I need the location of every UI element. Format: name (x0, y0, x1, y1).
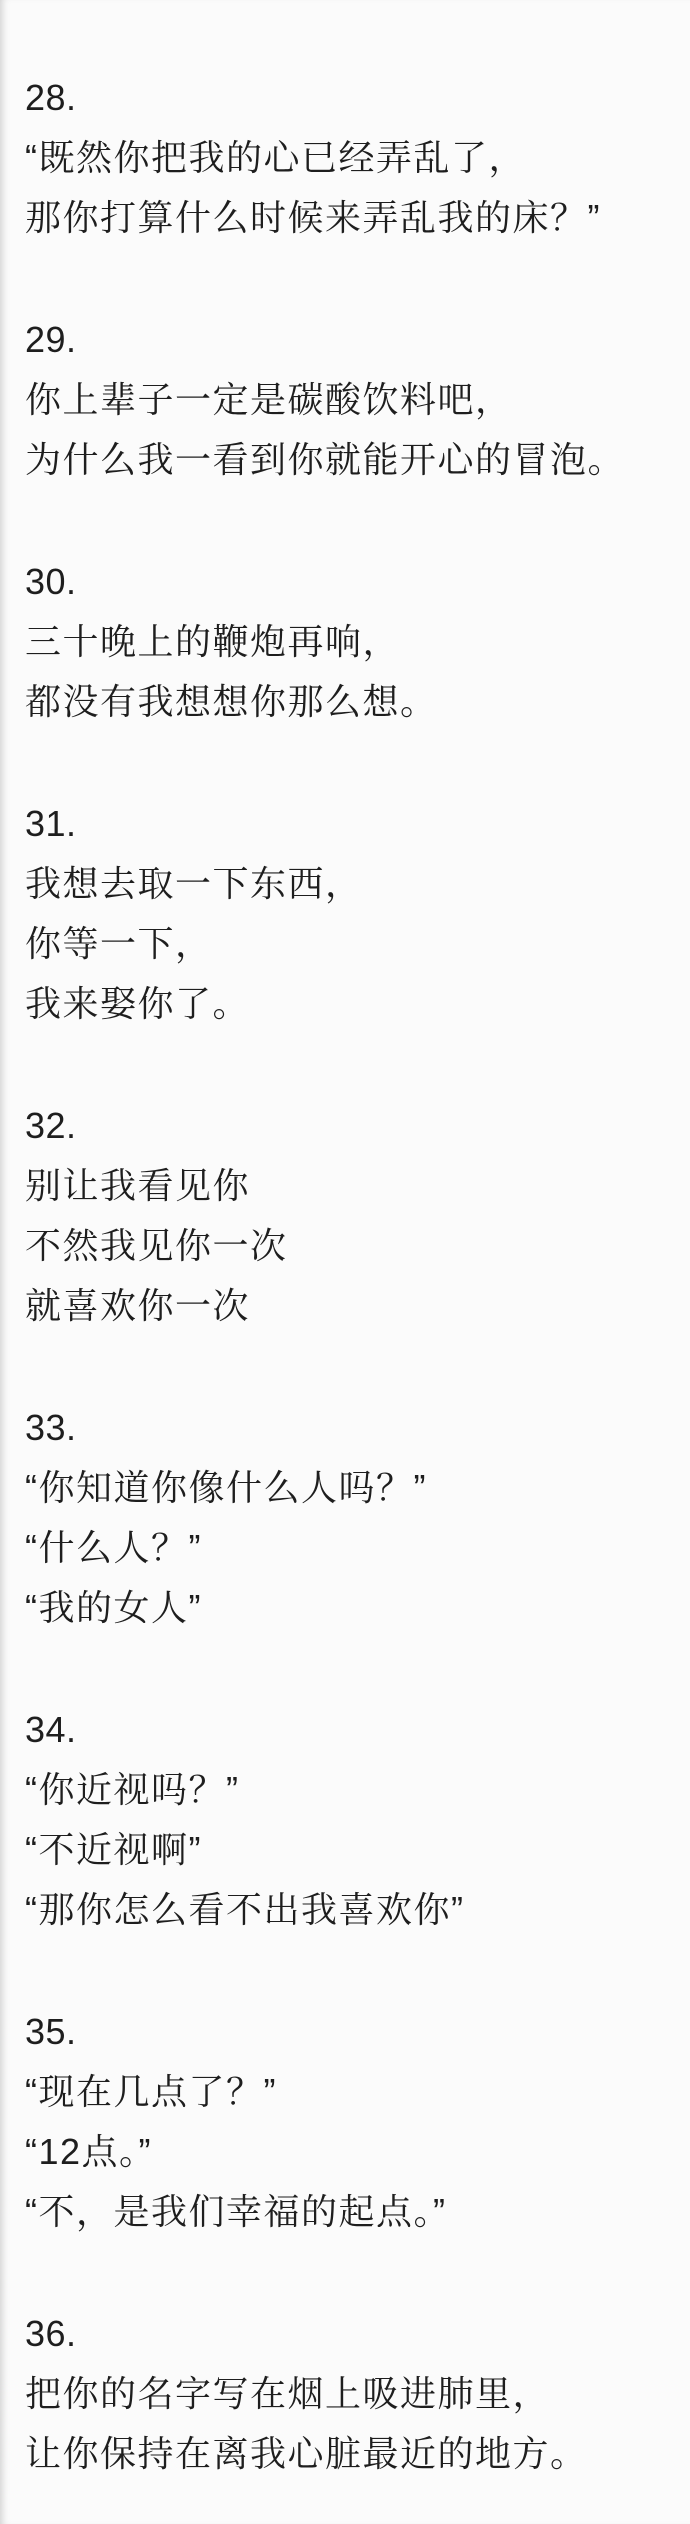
item-number: 35. (25, 2002, 672, 2062)
quote-line: 让你保持在离我心脏最近的地方。 (25, 2424, 672, 2484)
quote-line: “什么人？” (25, 1518, 672, 1578)
quote-line: 为什么我一看到你就能开心的冒泡。 (25, 430, 672, 490)
quote-line: 都没有我想想你那么想。 (25, 672, 672, 732)
item-number: 28. (25, 68, 672, 128)
quote-item-30: 30. 三十晚上的鞭炮再响， 都没有我想想你那么想。 (25, 552, 672, 732)
quote-item-31: 31. 我想去取一下东西， 你等一下， 我来娶你了。 (25, 794, 672, 1034)
quote-line: 那你打算什么时候来弄乱我的床？” (25, 188, 672, 248)
quote-item-29: 29. 你上辈子一定是碳酸饮料吧， 为什么我一看到你就能开心的冒泡。 (25, 310, 672, 490)
quote-line: “不近视啊” (25, 1820, 672, 1880)
quote-line: 你上辈子一定是碳酸饮料吧， (25, 370, 672, 430)
item-number: 32. (25, 1096, 672, 1156)
quote-item-34: 34. “你近视吗？” “不近视啊” “那你怎么看不出我喜欢你” (25, 1700, 672, 1940)
quotes-page: 28. “既然你把我的心已经弄乱了， 那你打算什么时候来弄乱我的床？” 29. … (0, 0, 690, 2524)
item-number: 30. (25, 552, 672, 612)
quote-line: “既然你把我的心已经弄乱了， (25, 128, 672, 188)
quote-item-28: 28. “既然你把我的心已经弄乱了， 那你打算什么时候来弄乱我的床？” (25, 68, 672, 248)
item-number: 33. (25, 1398, 672, 1458)
item-number: 29. (25, 310, 672, 370)
item-number: 31. (25, 794, 672, 854)
quote-line: “我的女人” (25, 1578, 672, 1638)
quote-line: “你近视吗？” (25, 1760, 672, 1820)
quote-item-32: 32. 别让我看见你 不然我见你一次 就喜欢你一次 (25, 1096, 672, 1336)
quote-item-35: 35. “现在几点了？” “12点。” “不，是我们幸福的起点。” (25, 2002, 672, 2242)
quote-item-33: 33. “你知道你像什么人吗？” “什么人？” “我的女人” (25, 1398, 672, 1638)
item-number: 34. (25, 1700, 672, 1760)
quote-line: 三十晚上的鞭炮再响， (25, 612, 672, 672)
item-number: 36. (25, 2304, 672, 2364)
quote-line: “现在几点了？” (25, 2062, 672, 2122)
quote-line: “12点。” (25, 2122, 672, 2182)
quote-line: 我想去取一下东西， (25, 854, 672, 914)
quote-line: 不然我见你一次 (25, 1216, 672, 1276)
quote-item-36: 36. 把你的名字写在烟上吸进肺里， 让你保持在离我心脏最近的地方。 (25, 2304, 672, 2484)
quote-line: “那你怎么看不出我喜欢你” (25, 1880, 672, 1940)
quote-line: 把你的名字写在烟上吸进肺里， (25, 2364, 672, 2424)
quote-line: 你等一下， (25, 914, 672, 974)
quote-line: 就喜欢你一次 (25, 1276, 672, 1336)
quote-line: “你知道你像什么人吗？” (25, 1458, 672, 1518)
quote-line: 我来娶你了。 (25, 974, 672, 1034)
quote-line: 别让我看见你 (25, 1156, 672, 1216)
quote-line: “不，是我们幸福的起点。” (25, 2182, 672, 2242)
